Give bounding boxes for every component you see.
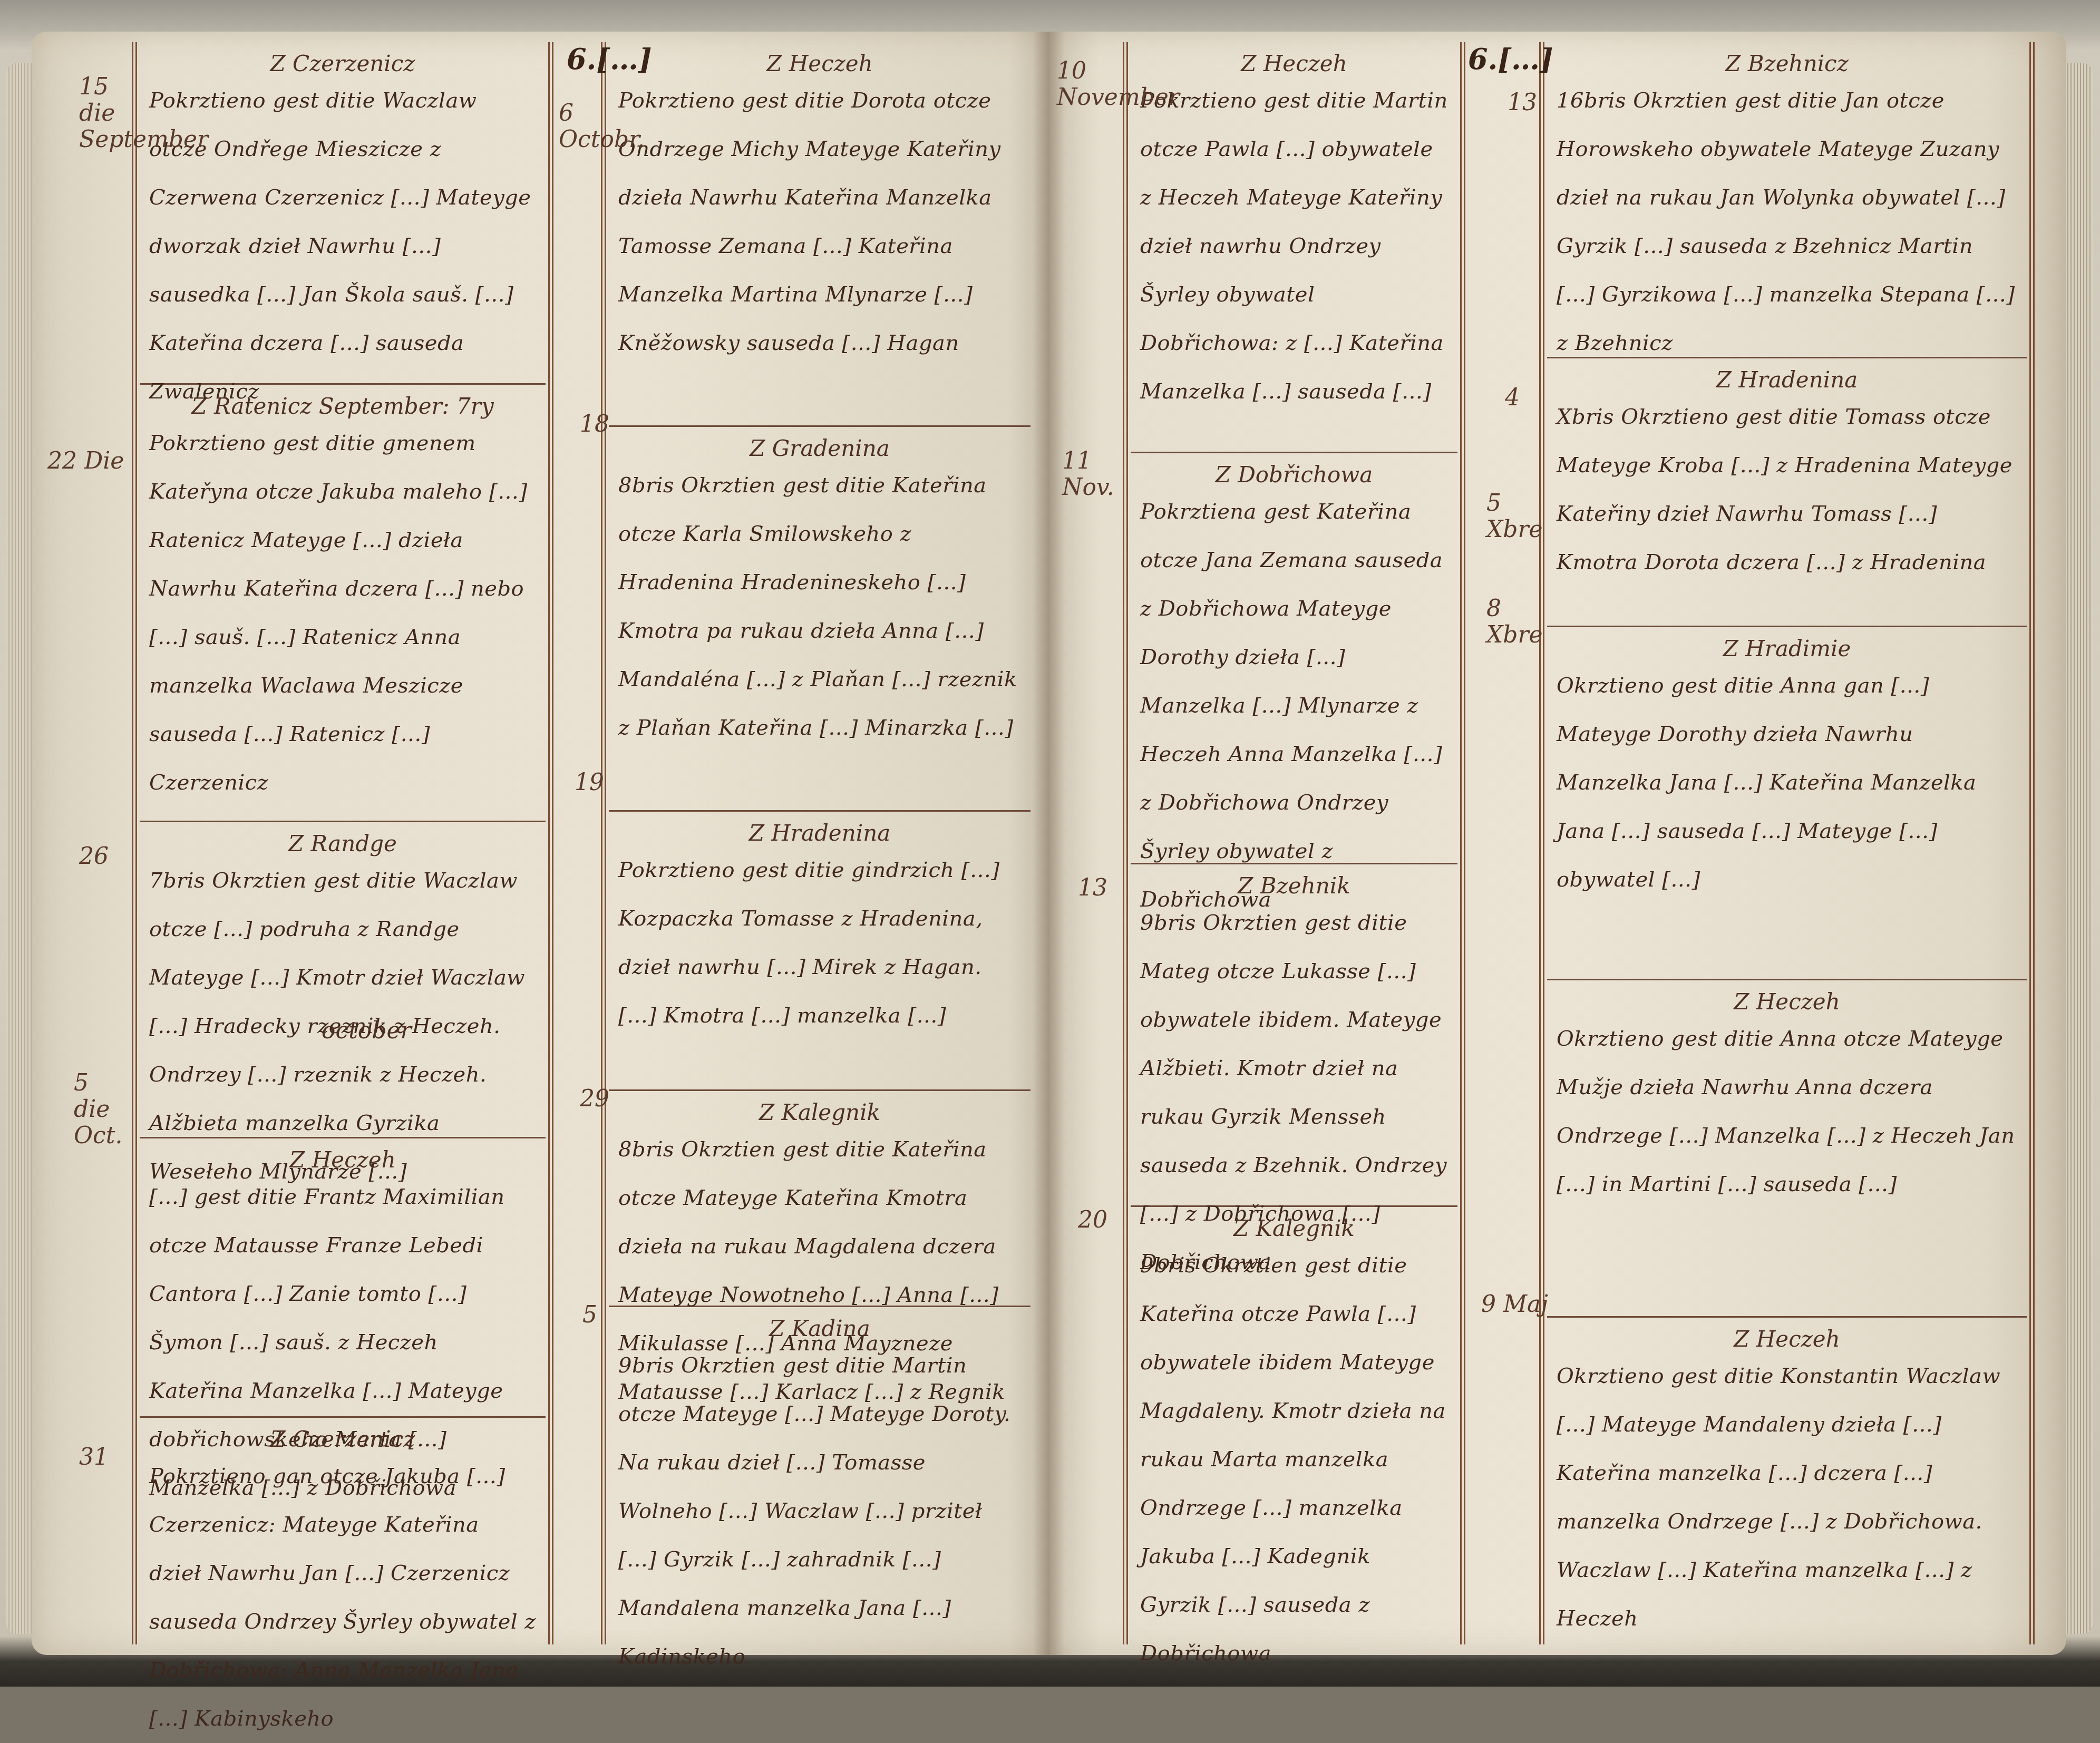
village-heading: Z Hradimie: [1557, 636, 2017, 661]
entry-text: Okrztieno gest ditie Konstantin Waczlaw …: [1557, 1352, 2017, 1643]
baptism-entry: Z Heczeh Okrztieno gest ditie Anna otcze…: [1547, 986, 2027, 1318]
baptism-entry: Z Bzehnicz 16bris Okrztien gest ditie Ja…: [1547, 47, 2027, 358]
baptism-entry: Z Randge 7bris Okrztien gest ditie Waczl…: [140, 827, 546, 1138]
baptism-entry: Z Kadina 9bris Okrztien gest ditie Marti…: [609, 1312, 1030, 1650]
entry-text: Pokrztieno gest ditie Dorota otcze Ondrz…: [618, 76, 1021, 367]
baptism-entry: Z Heczeh Pokrztieno gest ditie Dorota ot…: [609, 47, 1030, 427]
baptism-entry: Z Gradenina 8bris Okrztien gest ditie Ka…: [609, 432, 1030, 812]
column-rule: [2029, 42, 2035, 1644]
margin-date: 5 Xbre: [1486, 490, 1539, 543]
entry-text: Xbris Okrztieno gest ditie Tomass otcze …: [1557, 393, 2017, 587]
baptism-entry: Z Kalegnik 8bris Okrztien gest ditie Kat…: [609, 1096, 1030, 1307]
register-column-4: Z Bzehnicz 16bris Okrztien gest ditie Ja…: [1547, 47, 2027, 1650]
baptism-entry: Z Czerzenicz Pokrztieno gan otcze Jakuba…: [140, 1423, 546, 1650]
entry-text: 8bris Okrztien gest ditie Kateřina otcze…: [618, 461, 1021, 752]
margin-date: 13: [1508, 90, 1537, 116]
margin-date: 15 die September: [79, 74, 132, 153]
margin-date: 18: [580, 411, 609, 437]
baptism-entry: Z Kalegnik 9bris Okrztien gest ditie Kat…: [1131, 1212, 1457, 1650]
village-heading: Z Kalegnik: [618, 1099, 1021, 1125]
village-heading: Z Czerzenicz: [149, 1426, 536, 1452]
margin-date: 5 die Oct.: [74, 1070, 132, 1149]
village-heading: Z Kalegnik: [1140, 1215, 1448, 1241]
month-note: october: [322, 1017, 412, 1044]
margin-date: 11 Nov.: [1062, 448, 1120, 501]
baptism-entry: Z Heczeh Pokrztieno gest ditie Martin ot…: [1131, 47, 1457, 453]
baptism-entry: Z Hradimie Okrztieno gest ditie Anna gan…: [1547, 632, 2027, 980]
village-heading: Z Bzehnik: [1140, 873, 1448, 899]
margin-date: 4: [1505, 385, 1520, 411]
column-rule: [1460, 42, 1465, 1644]
village-heading: Z Czerzenicz: [149, 51, 536, 76]
entry-text: 16bris Okrztien gest ditie Jan otcze Hor…: [1557, 76, 2017, 367]
entry-text: Pokrztieno gan otcze Jakuba […] Czerzeni…: [149, 1452, 536, 1687]
entry-text: Pokrztieno gest ditie gmenem Kateřyna ot…: [149, 419, 536, 807]
margin-rule: [601, 42, 606, 1644]
baptism-entry: Z Heczeh Okrztieno gest ditie Konstantin…: [1547, 1323, 2027, 1650]
margin-date: 6 Octobr.: [559, 100, 606, 153]
book-gutter: [1033, 32, 1065, 1655]
register-column-3: Z Heczeh Pokrztieno gest ditie Martin ot…: [1131, 47, 1457, 1650]
margin-date: 31: [79, 1444, 109, 1471]
open-register-book: 6.[…] 6.[…] Z Czerzenicz Pokrztieno gest…: [0, 0, 2100, 1687]
margin-date: 22 Die: [47, 448, 127, 474]
register-column-2: Z Heczeh Pokrztieno gest ditie Dorota ot…: [609, 47, 1030, 1650]
village-heading: Z Ratenicz September: 7ry: [149, 393, 536, 419]
margin-date: 8 Xbre: [1486, 596, 1539, 648]
village-heading: Z Randge: [149, 831, 536, 856]
margin-date: 20: [1078, 1207, 1107, 1233]
margin-date: 9 Maj: [1481, 1291, 1550, 1318]
village-heading: Z Heczeh: [149, 1147, 536, 1173]
register-column-1: Z Czerzenicz Pokrztieno gest ditie Waczl…: [140, 47, 546, 1650]
margin-date: 19: [575, 770, 604, 796]
village-heading: Z Heczeh: [618, 51, 1021, 76]
village-heading: Z Hradenina: [1557, 367, 2017, 393]
baptism-entry: Z Dobřichowa Pokrztiena gest Kateřina ot…: [1131, 459, 1457, 864]
margin-date: 26: [79, 843, 109, 870]
baptism-entry: Z Bzehnik 9bris Okrztien gest ditie Mate…: [1131, 870, 1457, 1207]
margin-rule: [1539, 42, 1544, 1644]
village-heading: Z Heczeh: [1557, 1326, 2017, 1352]
baptism-entry: Z Czerzenicz Pokrztieno gest ditie Waczl…: [140, 47, 546, 385]
column-rule: [548, 42, 553, 1644]
margin-date: 29: [580, 1086, 609, 1112]
village-heading: Z Bzehnicz: [1557, 51, 2017, 76]
entry-text: Pokrztiena gest Kateřina otcze Jana Zema…: [1140, 488, 1448, 924]
margin-date: 10 November: [1057, 58, 1123, 111]
page-number-right: 6.[…]: [1468, 42, 1553, 76]
entry-text: Pokrztieno gest ditie Martin otcze Pawla…: [1140, 76, 1448, 416]
village-heading: Z Kadina: [618, 1316, 1021, 1341]
baptism-entry: Z Hradenina Xbris Okrztieno gest ditie T…: [1547, 364, 2027, 627]
entry-text: 9bris Okrztien gest ditie Martin otcze M…: [618, 1341, 1021, 1681]
entry-text: Okrztieno gest ditie Anna otcze Mateyge …: [1557, 1015, 2017, 1209]
village-heading: Z Gradenina: [618, 435, 1021, 461]
entry-text: Pokrztieno gest ditie gindrzich […] Kozp…: [618, 846, 1021, 1040]
margin-rule: [132, 42, 137, 1644]
entry-text: 9bris Okrztien gest ditie Kateřina otcze…: [1140, 1241, 1448, 1678]
entry-text: Okrztieno gest ditie Anna gan […] Mateyg…: [1557, 661, 2017, 904]
village-heading: Z Hradenina: [618, 820, 1021, 846]
baptism-entry: Z Heczeh […] gest ditie Frantz Maximilia…: [140, 1144, 546, 1418]
baptism-entry: Z Ratenicz September: 7ry Pokrztieno ges…: [140, 390, 546, 822]
village-heading: Z Heczeh: [1140, 51, 1448, 76]
village-heading: Z Heczeh: [1557, 989, 2017, 1015]
margin-rule: [1123, 42, 1128, 1644]
village-heading: Z Dobřichowa: [1140, 462, 1448, 488]
margin-date: 13: [1078, 875, 1107, 901]
margin-date: 5: [582, 1302, 597, 1328]
baptism-entry: Z Hradenina Pokrztieno gest ditie gindrz…: [609, 817, 1030, 1091]
